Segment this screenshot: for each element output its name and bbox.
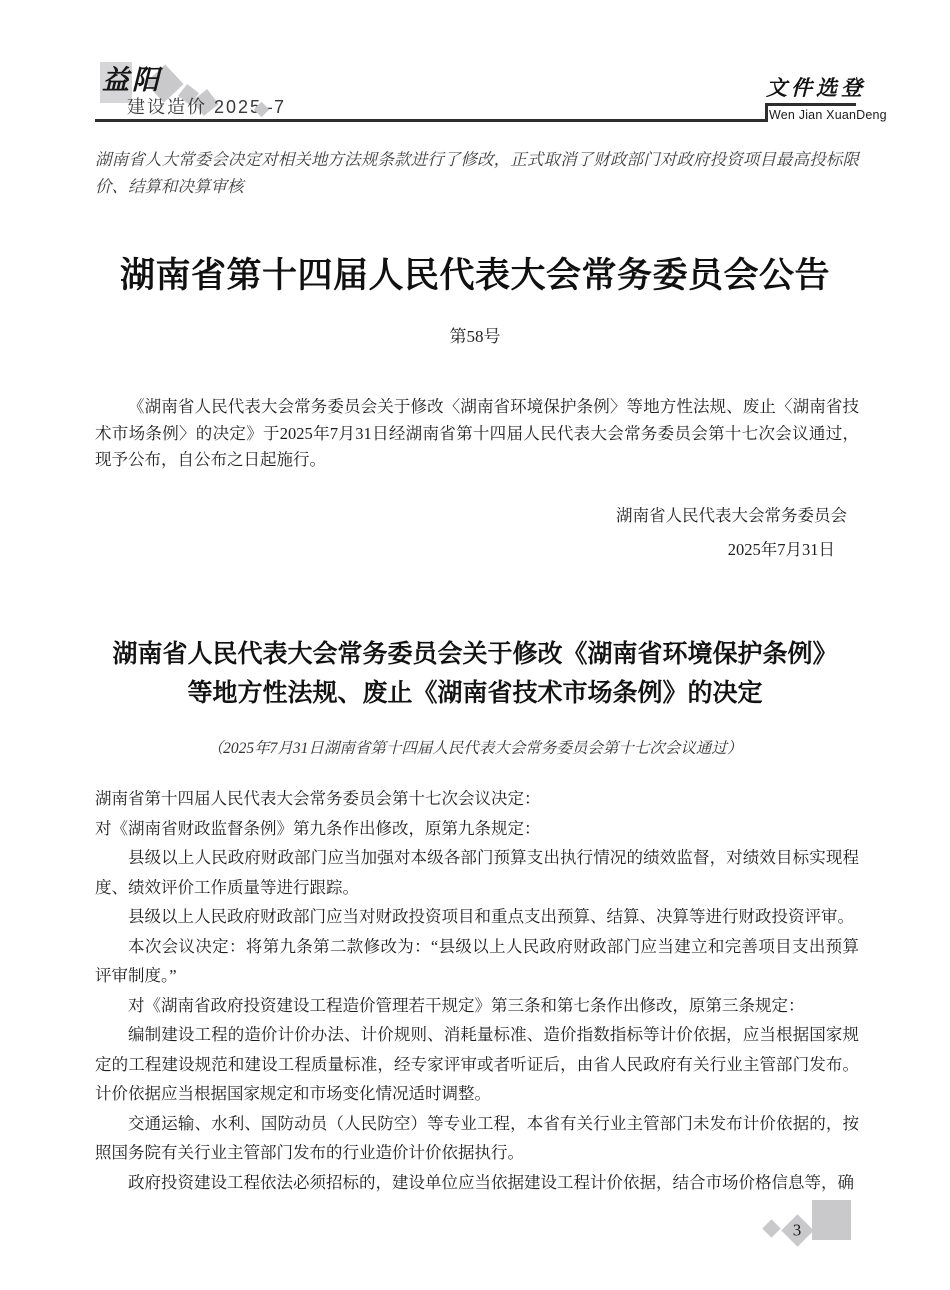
footer-square-ornament: [812, 1200, 851, 1240]
page-number-diamond: 3: [781, 1214, 814, 1247]
decision-title: 湖南省人民代表大会常务委员会关于修改《湖南省环境保护条例》 等地方性法规、废止《…: [0, 635, 950, 713]
decision-paragraph: 县级以上人民政府财政部门应当加强对本级各部门预算支出执行情况的绩效监督，对绩效目…: [95, 843, 859, 902]
decision-paragraph: 对《湖南省财政监督条例》第九条作出修改，原第九条规定：: [95, 814, 859, 844]
column-pinyin: Wen Jian XuanDeng: [769, 108, 887, 122]
city-logo-text: 益阳: [102, 58, 162, 97]
column-title: 文件选登: [766, 72, 856, 102]
doc-number: 第58号: [0, 322, 950, 347]
decision-paragraph: 湖南省第十四届人民代表大会常务委员会第十七次会议决定：: [95, 784, 859, 814]
decision-title-line2: 等地方性法规、废止《湖南省技术市场条例》的决定: [0, 674, 950, 713]
column-rule-connector: [765, 103, 768, 122]
diamond-ornament: [762, 1219, 780, 1237]
signature-date: 2025年7月31日: [95, 536, 835, 560]
decision-title-line1: 湖南省人民代表大会常务委员会关于修改《湖南省环境保护条例》: [0, 635, 950, 674]
meeting-note: （2025年7月31日湖南省第十四届人民代表大会常务委员会第十七次会议通过）: [0, 736, 950, 758]
decision-paragraph: 县级以上人民政府财政部门应当对财政投资项目和重点支出预算、结算、决算等进行财政投…: [95, 902, 859, 932]
article-summary: 湖南省人大常委会决定对相关地方法规条款进行了修改，正式取消了财政部门对政府投资项…: [95, 146, 859, 200]
decision-paragraph: 交通运输、水利、国防动员（人民防空）等专业工程，本省有关行业主管部门未发布计价依…: [95, 1109, 859, 1168]
announcement-body: 《湖南省人民代表大会常务委员会关于修改〈湖南省环境保护条例〉等地方性法规、废止〈…: [95, 394, 859, 474]
decision-paragraph: 本次会议决定：将第九条第二款修改为：“县级以上人民政府财政部门应当建立和完善项目…: [95, 932, 859, 991]
announcement-title: 湖南省第十四届人民代表大会常务委员会公告: [0, 248, 950, 298]
signature-name: 湖南省人民代表大会常务委员会: [95, 502, 847, 526]
page-number: 3: [793, 1221, 802, 1241]
decision-paragraph: 编制建设工程的造价计价办法、计价规则、消耗量标准、造价指数指标等计价依据，应当根…: [95, 1020, 859, 1109]
masthead-rule: [95, 119, 766, 122]
decision-paragraph: 政府投资建设工程依法必须招标的，建设单位应当依据建设工程计价依据，结合市场价格信…: [95, 1168, 859, 1198]
decision-paragraph: 对《湖南省政府投资建设工程造价管理若干规定》第三条和第七条作出修改，原第三条规定…: [95, 991, 859, 1021]
decision-body: 湖南省第十四届人民代表大会常务委员会第十七次会议决定： 对《湖南省财政监督条例》…: [95, 784, 859, 1197]
column-rule: [765, 103, 856, 106]
